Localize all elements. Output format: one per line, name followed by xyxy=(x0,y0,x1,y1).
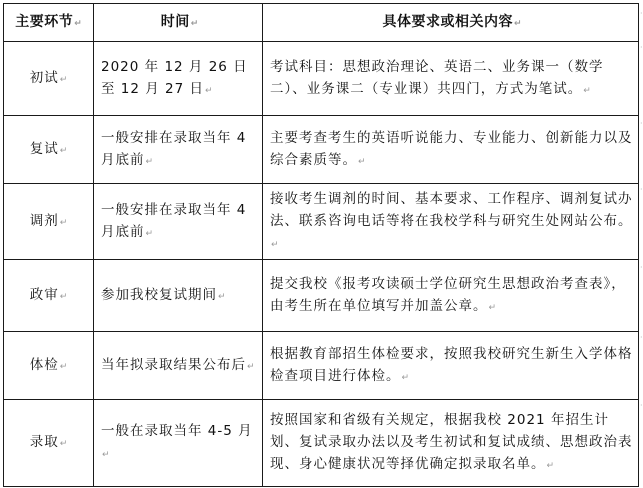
stage-label: 调剂 xyxy=(30,213,59,229)
time-cell: 一般在录取当年 4-5 月↵ xyxy=(94,400,263,487)
stage-cell: 初试↵ xyxy=(4,42,94,116)
table-row: 政审↵ 参加我校复试期间↵ 提交我校《报考攻读硕士学位研究生思想政治考查表》，由… xyxy=(4,260,639,332)
time-text: 参加我校复试期间 xyxy=(101,287,217,303)
table-row: 录取↵ 一般在录取当年 4-5 月↵ 按照国家和省级有关规定，根据我校 2021… xyxy=(4,400,639,487)
stage-cell: 体检↵ xyxy=(4,332,94,400)
paragraph-mark-icon: ↵ xyxy=(358,157,366,167)
time-text: 当年拟录取结果公布后 xyxy=(101,357,246,373)
stage-label: 体检 xyxy=(30,357,59,373)
details-cell: 根据教育部招生体检要求，按照我校研究生新生入学体格检查项目进行体检。↵ xyxy=(263,332,639,400)
stage-cell: 录取↵ xyxy=(4,400,94,487)
paragraph-mark-icon: ↵ xyxy=(60,362,68,372)
paragraph-mark-icon: ↵ xyxy=(583,86,591,96)
paragraph-mark-icon: ↵ xyxy=(205,86,213,96)
table-row: 体检↵ 当年拟录取结果公布后↵ 根据教育部招生体检要求，按照我校研究生新生入学体… xyxy=(4,332,639,400)
paragraph-mark-icon: ↵ xyxy=(402,373,410,383)
paragraph-mark-icon: ↵ xyxy=(247,362,255,372)
stage-label: 复试 xyxy=(30,141,59,157)
admission-schedule-table: 主要环节↵ 时间↵ 具体要求或相关内容↵ 初试↵ 2020 年 12 月 26 … xyxy=(3,3,639,487)
time-cell: 一般安排在录取当年 4 月底前↵ xyxy=(94,184,263,260)
time-text: 2020 年 12 月 26 日至 12 月 27 日 xyxy=(101,59,248,97)
time-cell: 参加我校复试期间↵ xyxy=(94,260,263,332)
details-text: 考试科目：思想政治理论、英语二、业务课一（数学二）、业务课二（专业课）共四门，方… xyxy=(270,59,604,97)
details-text: 根据教育部招生体检要求，按照我校研究生新生入学体格检查项目进行体检。 xyxy=(270,346,633,384)
paragraph-mark-icon: ↵ xyxy=(60,146,68,156)
paragraph-mark-icon: ↵ xyxy=(102,450,110,460)
header-stage-label: 主要环节 xyxy=(15,14,73,30)
details-text: 提交我校《报考攻读硕士学位研究生思想政治考查表》，由考生所在单位填写并加盖公章。 xyxy=(270,276,626,314)
table-row: 复试↵ 一般安排在录取当年 4 月底前↵ 主要考查考生的英语听说能力、专业能力、… xyxy=(4,116,639,184)
header-stage: 主要环节↵ xyxy=(4,4,94,42)
paragraph-mark-icon: ↵ xyxy=(60,75,68,85)
header-details: 具体要求或相关内容↵ xyxy=(263,4,639,42)
paragraph-mark-icon: ↵ xyxy=(191,19,199,29)
header-details-label: 具体要求或相关内容 xyxy=(382,14,513,30)
stage-label: 录取 xyxy=(30,434,59,450)
paragraph-mark-icon: ↵ xyxy=(60,439,68,449)
stage-cell: 调剂↵ xyxy=(4,184,94,260)
paragraph-mark-icon: ↵ xyxy=(271,240,279,250)
paragraph-mark-icon: ↵ xyxy=(146,229,154,239)
paragraph-mark-icon: ↵ xyxy=(60,218,68,228)
paragraph-mark-icon: ↵ xyxy=(60,292,68,302)
time-text: 一般安排在录取当年 4 月底前 xyxy=(101,130,246,168)
stage-label: 初试 xyxy=(30,70,59,86)
details-cell: 提交我校《报考攻读硕士学位研究生思想政治考查表》，由考生所在单位填写并加盖公章。… xyxy=(263,260,639,332)
paragraph-mark-icon: ↵ xyxy=(547,461,555,471)
paragraph-mark-icon: ↵ xyxy=(74,19,82,29)
details-text: 按照国家和省级有关规定，根据我校 2021 年招生计划、复试录取办法以及考生初试… xyxy=(270,412,633,472)
details-text: 主要考查考生的英语听说能力、专业能力、创新能力以及综合素质等。 xyxy=(270,130,633,168)
time-cell: 一般安排在录取当年 4 月底前↵ xyxy=(94,116,263,184)
header-row: 主要环节↵ 时间↵ 具体要求或相关内容↵ xyxy=(4,4,639,42)
header-time: 时间↵ xyxy=(94,4,263,42)
paragraph-mark-icon: ↵ xyxy=(514,19,522,29)
stage-label: 政审 xyxy=(30,287,59,303)
paragraph-mark-icon: ↵ xyxy=(146,157,154,167)
details-cell: 考试科目：思想政治理论、英语二、业务课一（数学二）、业务课二（专业课）共四门，方… xyxy=(263,42,639,116)
time-text: 一般安排在录取当年 4 月底前 xyxy=(101,202,246,240)
stage-cell: 政审↵ xyxy=(4,260,94,332)
stage-cell: 复试↵ xyxy=(4,116,94,184)
paragraph-mark-icon: ↵ xyxy=(489,303,497,313)
time-text: 一般在录取当年 4-5 月 xyxy=(101,423,253,439)
paragraph-mark-icon: ↵ xyxy=(218,292,226,302)
details-cell: 主要考查考生的英语听说能力、专业能力、创新能力以及综合素质等。↵ xyxy=(263,116,639,184)
time-cell: 2020 年 12 月 26 日至 12 月 27 日↵ xyxy=(94,42,263,116)
details-cell: 接收考生调剂的时间、基本要求、工作程序、调剂复试办法、联系咨询电话等将在我校学科… xyxy=(263,184,639,260)
time-cell: 当年拟录取结果公布后↵ xyxy=(94,332,263,400)
table-row: 初试↵ 2020 年 12 月 26 日至 12 月 27 日↵ 考试科目：思想… xyxy=(4,42,639,116)
details-cell: 按照国家和省级有关规定，根据我校 2021 年招生计划、复试录取办法以及考生初试… xyxy=(263,400,639,487)
details-text: 接收考生调剂的时间、基本要求、工作程序、调剂复试办法、联系咨询电话等将在我校学科… xyxy=(270,191,633,229)
table-row: 调剂↵ 一般安排在录取当年 4 月底前↵ 接收考生调剂的时间、基本要求、工作程序… xyxy=(4,184,639,260)
header-time-label: 时间 xyxy=(161,14,190,30)
